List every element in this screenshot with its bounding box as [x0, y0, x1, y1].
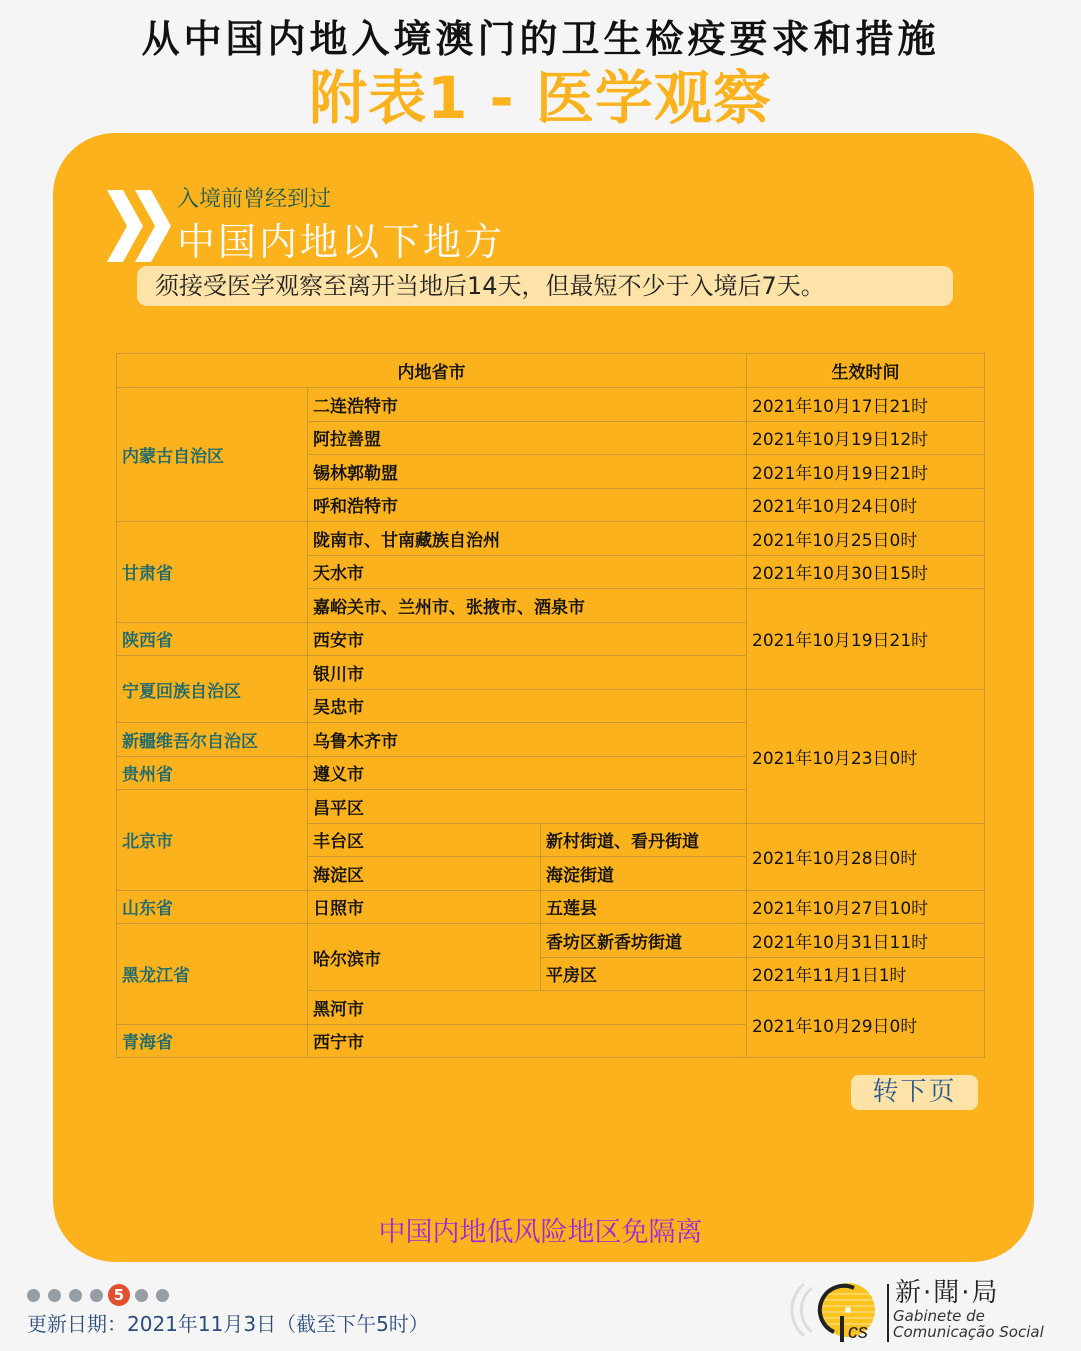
city-cell: 银川市 [308, 656, 747, 690]
table-row: 山东省 日照市 五莲县 2021年10月27日10时 [117, 890, 985, 924]
page-title: 从中国内地入境澳门的卫生检疫要求和措施 [0, 14, 1081, 64]
date-cell: 2021年10月24日0时 [747, 488, 985, 522]
city-cell: 丰台区 [308, 823, 541, 857]
table-row: 甘肃省 陇南市、甘南藏族自治州 2021年10月25日0时 [117, 522, 985, 556]
district-cell: 五莲县 [541, 890, 747, 924]
city-cell: 二连浩特市 [308, 388, 747, 422]
page-dot-current[interactable]: 5 [108, 1284, 130, 1306]
province-cell: 陕西省 [117, 622, 308, 656]
city-cell: 黑河市 [308, 991, 747, 1025]
date-cell: 2021年10月19日21时 [747, 589, 985, 690]
province-cell: 北京市 [117, 790, 308, 891]
date-cell: 2021年10月19日12时 [747, 421, 985, 455]
date-cell: 2021年11月1日1时 [747, 957, 985, 991]
pagination: 5 [27, 1284, 169, 1306]
date-cell: 2021年10月30日15时 [747, 555, 985, 589]
city-cell: 嘉峪关市、兰州市、张掖市、酒泉市 [308, 589, 747, 623]
double-chevron-right-icon [107, 190, 173, 262]
district-cell: 香坊区新香坊街道 [541, 924, 747, 958]
city-cell: 昌平区 [308, 790, 747, 824]
section-pretitle: 入境前曾经到过 [177, 186, 331, 214]
logo-name-pt-2: Comunicação Social [893, 1324, 1044, 1341]
page-dot-2[interactable] [48, 1289, 61, 1302]
page-dot-7[interactable] [156, 1289, 169, 1302]
table-row: 黑龙江省 哈尔滨市 香坊区新香坊街道 2021年10月31日11时 [117, 924, 985, 958]
city-cell: 陇南市、甘南藏族自治州 [308, 522, 747, 556]
city-cell: 西宁市 [308, 1024, 747, 1058]
city-cell: 乌鲁木齐市 [308, 723, 747, 757]
page-dot-6[interactable] [135, 1289, 148, 1302]
page-dot-1[interactable] [27, 1289, 40, 1302]
province-cell: 山东省 [117, 890, 308, 924]
page-dot-4[interactable] [90, 1289, 103, 1302]
district-cell: 新村街道、看丹街道 [541, 823, 747, 857]
date-cell: 2021年10月25日0时 [747, 522, 985, 556]
low-risk-link[interactable]: 中国内地低风险地区免隔离 [0, 1213, 1081, 1253]
province-cell: 青海省 [117, 1024, 308, 1058]
district-cell: 平房区 [541, 957, 747, 991]
city-cell: 呼和浩特市 [308, 488, 747, 522]
city-cell: 吴忠市 [308, 689, 747, 723]
header-region: 内地省市 [117, 354, 747, 388]
city-cell: 阿拉善盟 [308, 421, 747, 455]
observation-note: 须接受医学观察至离开当地后14天，但最短不少于入境后7天。 [137, 266, 953, 306]
city-cell: 海淀区 [308, 857, 541, 891]
update-date: 更新日期：2021年11月3日（截至下午5时） [27, 1310, 429, 1338]
province-cell: 甘肃省 [117, 522, 308, 623]
date-cell: 2021年10月29日0时 [747, 991, 985, 1058]
date-cell: 2021年10月23日0时 [747, 689, 985, 823]
district-cell: 海淀街道 [541, 857, 747, 891]
table-header-row: 内地省市 生效时间 [117, 354, 985, 388]
city-cell: 遵义市 [308, 756, 747, 790]
city-cell: 西安市 [308, 622, 747, 656]
date-cell: 2021年10月19日21时 [747, 455, 985, 489]
date-cell: 2021年10月28日0时 [747, 823, 985, 890]
province-cell: 贵州省 [117, 756, 308, 790]
page-dot-3[interactable] [69, 1289, 82, 1302]
date-cell: 2021年10月27日10时 [747, 890, 985, 924]
city-cell: 哈尔滨市 [308, 924, 541, 991]
province-cell: 宁夏回族自治区 [117, 656, 308, 723]
logo-name-cn: 新·聞·局 [895, 1277, 1000, 1309]
province-cell: 黑龙江省 [117, 924, 308, 1025]
city-cell: 日照市 [308, 890, 541, 924]
table-row: 内蒙古自治区 二连浩特市 2021年10月17日21时 [117, 388, 985, 422]
page-subtitle: 附表1 - 医学观察 [0, 62, 1081, 134]
svg-text:cs: cs [848, 1321, 868, 1343]
date-cell: 2021年10月17日21时 [747, 388, 985, 422]
province-cell: 新疆维吾尔自治区 [117, 723, 308, 757]
section-title: 中国内地以下地方 [177, 216, 505, 268]
province-cell: 内蒙古自治区 [117, 388, 308, 522]
city-cell: 锡林郭勒盟 [308, 455, 747, 489]
next-page-button[interactable]: 转下页 [851, 1075, 978, 1110]
regions-table: 内地省市 生效时间 内蒙古自治区 二连浩特市 2021年10月17日21时 阿拉… [116, 353, 985, 1058]
date-cell: 2021年10月31日11时 [747, 924, 985, 958]
city-cell: 天水市 [308, 555, 747, 589]
header-effective-time: 生效时间 [747, 354, 985, 388]
